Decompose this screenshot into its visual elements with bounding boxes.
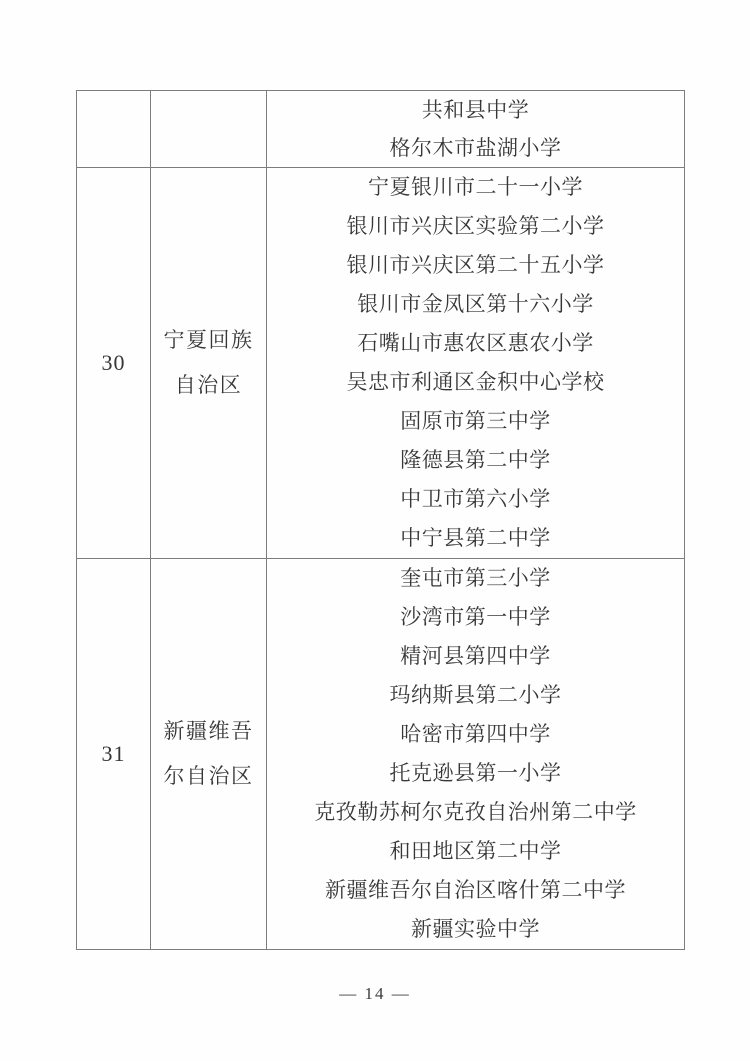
school-name: 克孜勒苏柯尔克孜自治州第二中学 bbox=[267, 793, 684, 832]
school-name: 和田地区第二中学 bbox=[267, 832, 684, 871]
row-number-cell: 31 bbox=[77, 559, 151, 950]
school-name: 石嘴山市惠农区惠农小学 bbox=[267, 324, 684, 363]
school-name: 银川市兴庆区实验第二小学 bbox=[267, 207, 684, 246]
page-number: — 14 — bbox=[0, 984, 750, 1004]
schools-cell: 宁夏银川市二十一小学 银川市兴庆区实验第二小学 银川市兴庆区第二十五小学 银川市… bbox=[267, 168, 685, 559]
school-name: 共和县中学 bbox=[267, 91, 684, 129]
row-number: 30 bbox=[102, 350, 126, 375]
school-name: 固原市第三中学 bbox=[267, 402, 684, 441]
province-cell bbox=[151, 91, 267, 168]
table-row: 共和县中学 格尔木市盐湖小学 bbox=[77, 91, 685, 168]
school-name: 吴忠市利通区金积中心学校 bbox=[267, 363, 684, 402]
province-cell: 新疆维吾尔自治区 bbox=[151, 559, 267, 950]
province-name: 新疆维吾尔自治区 bbox=[164, 709, 254, 799]
row-number: 31 bbox=[102, 741, 126, 766]
school-name: 托克逊县第一小学 bbox=[267, 754, 684, 793]
table-row: 30 宁夏回族自治区 宁夏银川市二十一小学 银川市兴庆区实验第二小学 银川市兴庆… bbox=[77, 168, 685, 559]
school-name: 新疆维吾尔自治区喀什第二中学 bbox=[267, 871, 684, 910]
row-number-cell bbox=[77, 91, 151, 168]
province-cell: 宁夏回族自治区 bbox=[151, 168, 267, 559]
school-table: 共和县中学 格尔木市盐湖小学 30 宁夏回族自治区 宁夏银川市二十一小学 银川市… bbox=[76, 90, 685, 950]
schools-cell: 共和县中学 格尔木市盐湖小学 bbox=[267, 91, 685, 168]
school-name: 隆德县第二中学 bbox=[267, 441, 684, 480]
school-name: 宁夏银川市二十一小学 bbox=[267, 168, 684, 207]
school-name: 精河县第四中学 bbox=[267, 637, 684, 676]
table-row: 31 新疆维吾尔自治区 奎屯市第三小学 沙湾市第一中学 精河县第四中学 玛纳斯县… bbox=[77, 559, 685, 950]
school-name: 玛纳斯县第二小学 bbox=[267, 676, 684, 715]
school-name: 沙湾市第一中学 bbox=[267, 598, 684, 637]
school-name: 格尔木市盐湖小学 bbox=[267, 129, 684, 167]
school-name: 奎屯市第三小学 bbox=[267, 559, 684, 598]
schools-cell: 奎屯市第三小学 沙湾市第一中学 精河县第四中学 玛纳斯县第二小学 哈密市第四中学… bbox=[267, 559, 685, 950]
school-name: 新疆实验中学 bbox=[267, 910, 684, 949]
school-name: 银川市金凤区第十六小学 bbox=[267, 285, 684, 324]
school-name: 中卫市第六小学 bbox=[267, 480, 684, 519]
school-name: 哈密市第四中学 bbox=[267, 715, 684, 754]
row-number-cell: 30 bbox=[77, 168, 151, 559]
school-name: 中宁县第二中学 bbox=[267, 519, 684, 558]
school-name: 银川市兴庆区第二十五小学 bbox=[267, 246, 684, 285]
province-name: 宁夏回族自治区 bbox=[164, 318, 254, 408]
